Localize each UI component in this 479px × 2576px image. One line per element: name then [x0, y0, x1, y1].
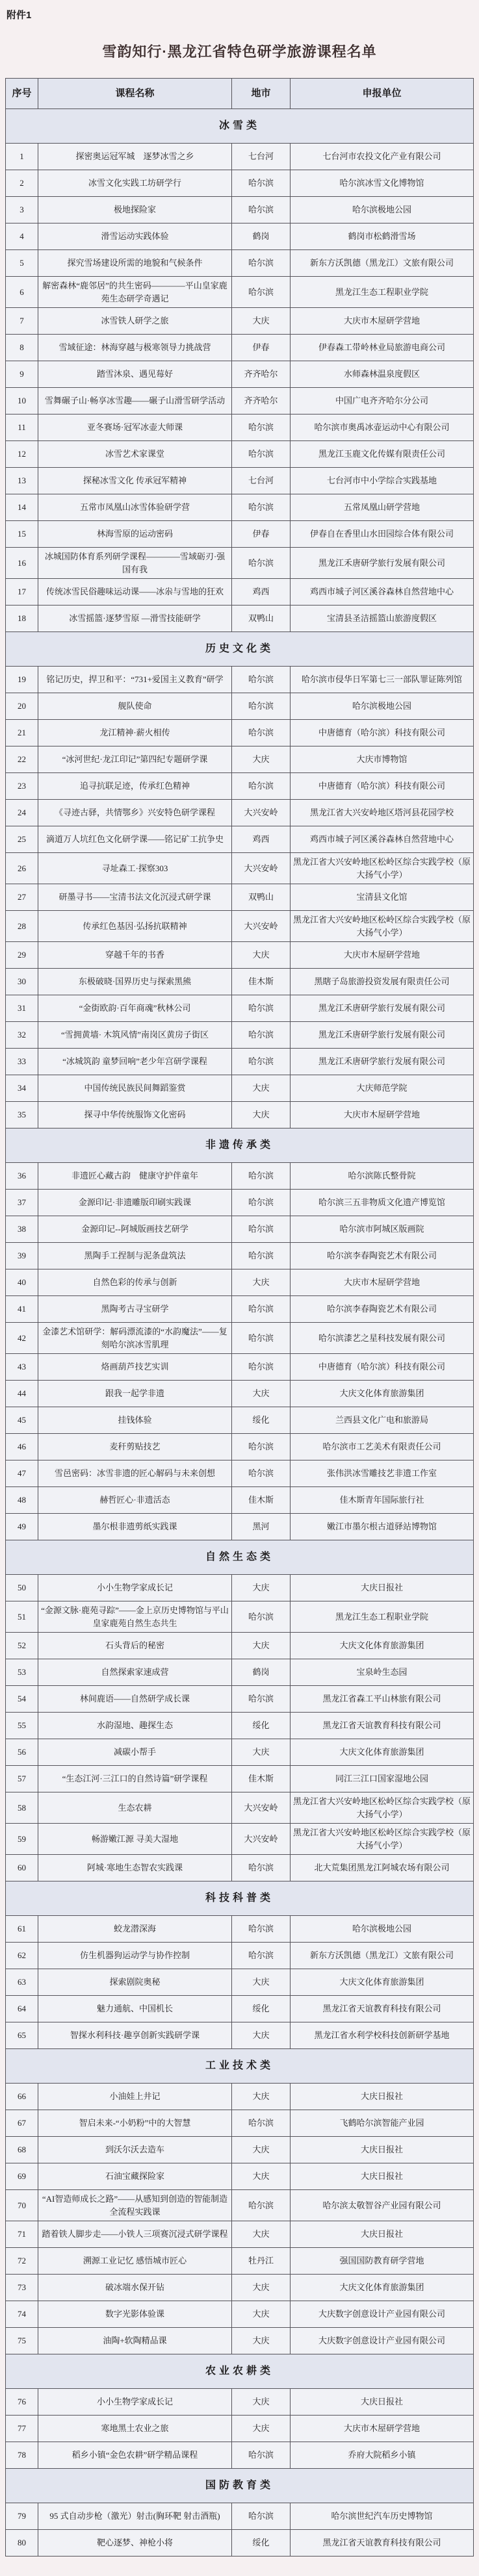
row-index-cell: 20	[6, 693, 38, 720]
city-cell: 佳木斯	[232, 1766, 291, 1792]
org-cell: 哈尔滨李春陶瓷艺术有限公司	[291, 1296, 474, 1323]
row-index-cell: 51	[6, 1601, 38, 1633]
table-row: 66小油娃上井记大庆大庆日报社	[6, 2084, 474, 2110]
org-cell: 哈尔滨冰雪文化博物馆	[291, 170, 474, 197]
row-index-cell: 1	[6, 144, 38, 170]
category-label: 冰雪类	[6, 109, 474, 144]
course-name-cell: 寻址森工·探察303	[38, 853, 232, 884]
table-row: 6解密森林“鹿邻居”的共生密码————平山皇家鹿苑生态研学奇遇记哈尔滨黑龙江生态…	[6, 277, 474, 308]
course-name-cell: 墨尔根非遗剪纸实践课	[38, 1514, 232, 1540]
row-index-cell: 55	[6, 1713, 38, 1739]
row-index-cell: 27	[6, 884, 38, 911]
course-name-cell: 踏雪沐泉、遇见莓好	[38, 361, 232, 388]
org-cell: 大庆日报社	[291, 2137, 474, 2163]
course-name-cell: 探索剧院奥秘	[38, 1969, 232, 1996]
course-name-cell: 智启未来-“小奶粉”中的大智慧	[38, 2110, 232, 2137]
city-cell: 哈尔滨	[232, 1296, 291, 1323]
table-row: 25滴道万人坑红色文化研学课——铭记矿工抗争史鸡西鸡西市城子河区溪谷森林自然营地…	[6, 826, 474, 853]
row-index-cell: 62	[6, 1943, 38, 1969]
table-row: 24《寻迹古驿，共情鄂乡》兴安特色研学课程大兴安岭黑龙江省大兴安岭地区塔河县花园…	[6, 800, 474, 826]
course-name-cell: 林海雪原的运动密码	[38, 521, 232, 548]
city-cell: 哈尔滨	[232, 548, 291, 579]
course-name-cell: 传统冰雪民俗趣味运动课——冰尜与雪地的狂欢	[38, 579, 232, 606]
org-cell: 黑龙江省大兴安岭地区松岭区综合实践学校（原大扬气小学）	[291, 1824, 474, 1855]
city-cell: 哈尔滨	[232, 414, 291, 441]
course-name-cell: 麦秆剪贴技艺	[38, 1434, 232, 1460]
course-name-cell: 研墨寻书——宝清书法文化沉浸式研学课	[38, 884, 232, 911]
table-row: 35探寻中华传统服饰文化密码大庆大庆市木屋研学营地	[6, 1102, 474, 1129]
course-name-cell: 冰雪艺术家课堂	[38, 441, 232, 468]
city-cell: 绥化	[232, 1713, 291, 1739]
org-cell: 新东方沃凯德（黑龙江）文旅有限公司	[291, 250, 474, 277]
course-name-cell: 石油宝藏探险家	[38, 2163, 232, 2190]
org-cell: 佳木斯青年国际旅行社	[291, 1487, 474, 1514]
city-cell: 哈尔滨	[232, 1190, 291, 1216]
course-name-cell: 仿生机器狗运动学与协作控制	[38, 1943, 232, 1969]
org-cell: 黑龙江省天谊教育科技有限公司	[291, 1996, 474, 2022]
table-row: 17传统冰雪民俗趣味运动课——冰尜与雪地的狂欢鸡西鸡西市城子河区溪谷森林自然营地…	[6, 579, 474, 606]
category-label: 工业技术类	[6, 2049, 474, 2084]
org-cell: 黑龙江省大兴安岭地区松岭区综合实践学校（原大扬气小学）	[291, 1792, 474, 1824]
table-row: 70“AI智造师成长之路”——从感知到创造的智能制造全流程实践课哈尔滨哈尔滨太敬…	[6, 2190, 474, 2221]
category-label: 自然生态类	[6, 1540, 474, 1575]
org-cell: 中唐德育（哈尔滨）科技有限公司	[291, 773, 474, 800]
table-row: 42金漆艺术馆研学：解码漂流漆的“水韵魔法”——复刻哈尔滨冰雪肌理哈尔滨哈尔滨漆…	[6, 1323, 474, 1354]
city-cell: 黑河	[232, 1514, 291, 1540]
org-cell: 大庆日报社	[291, 2221, 474, 2248]
city-cell: 哈尔滨	[232, 1601, 291, 1633]
row-index-cell: 8	[6, 335, 38, 361]
course-name-cell: 到沃尔沃去造车	[38, 2137, 232, 2163]
city-cell: 哈尔滨	[232, 2442, 291, 2469]
header-row: 序号 课程名称 地市 申报单位	[6, 79, 474, 109]
city-cell: 大庆	[232, 2221, 291, 2248]
course-name-cell: 挂钱体验	[38, 1407, 232, 1434]
row-index-cell: 22	[6, 746, 38, 773]
row-index-cell: 31	[6, 995, 38, 1022]
course-name-cell: 滑雪运动实践体验	[38, 223, 232, 250]
city-cell: 大庆	[232, 2389, 291, 2416]
course-name-cell: 滴道万人坑红色文化研学课——铭记矿工抗争史	[38, 826, 232, 853]
row-index-cell: 80	[6, 2530, 38, 2557]
city-cell: 哈尔滨	[232, 995, 291, 1022]
city-cell: 大庆	[232, 1269, 291, 1296]
course-name-cell: 非遗匠心藏古韵 健康守护伴童年	[38, 1163, 232, 1190]
city-cell: 哈尔滨	[232, 170, 291, 197]
category-row: 自然生态类	[6, 1540, 474, 1575]
city-cell: 哈尔滨	[232, 1323, 291, 1354]
org-cell: 黑龙江禾唐研学旅行发展有限公司	[291, 548, 474, 579]
org-cell: 宝清县圣洁摇篮山旅游度假区	[291, 606, 474, 632]
org-cell: 大庆文化体育旅游集团	[291, 1633, 474, 1659]
row-index-cell: 69	[6, 2163, 38, 2190]
course-name-cell: 探秘冰雪文化 传承冠军精神	[38, 468, 232, 494]
table-row: 9踏雪沐泉、遇见莓好齐齐哈尔水师森林温泉度假区	[6, 361, 474, 388]
course-name-cell: 石头背后的秘密	[38, 1633, 232, 1659]
row-index-cell: 17	[6, 579, 38, 606]
table-row: 38金源印记--阿城版画技艺研学哈尔滨哈尔滨市阿城区版画院	[6, 1216, 474, 1243]
course-table: 序号 课程名称 地市 申报单位 冰雪类1探密奥运冠军城 逐梦冰雪之乡七台河七台河…	[5, 78, 474, 2557]
org-cell: 大庆日报社	[291, 2084, 474, 2110]
course-name-cell: 《寻迹古驿，共情鄂乡》兴安特色研学课程	[38, 800, 232, 826]
course-name-cell: 畅游嫩江源 寻美大湿地	[38, 1824, 232, 1855]
row-index-cell: 75	[6, 2328, 38, 2354]
table-row: 13探秘冰雪文化 传承冠军精神七台河七台河市中小学综合实践基地	[6, 468, 474, 494]
table-row: 80靶心逐梦、神枪小将绥化黑龙江省天谊教育科技有限公司	[6, 2530, 474, 2557]
row-index-cell: 50	[6, 1575, 38, 1601]
org-cell: 哈尔滨世纪汽车历史博物馆	[291, 2503, 474, 2530]
city-cell: 大庆	[232, 1969, 291, 1996]
row-index-cell: 52	[6, 1633, 38, 1659]
city-cell: 双鸭山	[232, 884, 291, 911]
category-row: 非遗传承类	[6, 1129, 474, 1163]
category-label: 历史文化类	[6, 632, 474, 667]
table-row: 37金源印记·非遗雕版印刷实践课哈尔滨哈尔滨三五非物质文化遗产博览馆	[6, 1190, 474, 1216]
city-cell: 哈尔滨	[232, 1686, 291, 1713]
course-name-cell: 冰城国防体育系列研学课程————雪域砺刃·强国有我	[38, 548, 232, 579]
city-cell: 哈尔滨	[232, 1049, 291, 1075]
category-row: 科技科普类	[6, 1881, 474, 1916]
city-cell: 大庆	[232, 1075, 291, 1102]
org-cell: 七台河市中小学综合实践基地	[291, 468, 474, 494]
table-row: 18冰雪摇篮·逐梦雪原 —滑雪技能研学双鸭山宝清县圣洁摇篮山旅游度假区	[6, 606, 474, 632]
org-cell: 黑龙江省天谊教育科技有限公司	[291, 1713, 474, 1739]
org-cell: 鸡西市城子河区溪谷森林自然营地中心	[291, 826, 474, 853]
org-cell: 大庆日报社	[291, 2163, 474, 2190]
row-index-cell: 58	[6, 1792, 38, 1824]
row-index-cell: 40	[6, 1269, 38, 1296]
table-row: 59畅游嫩江源 寻美大湿地大兴安岭黑龙江省大兴安岭地区松岭区综合实践学校（原大扬…	[6, 1824, 474, 1855]
row-index-cell: 33	[6, 1049, 38, 1075]
city-cell: 绥化	[232, 1407, 291, 1434]
category-row: 农业农耕类	[6, 2354, 474, 2389]
city-cell: 伊春	[232, 335, 291, 361]
table-row: 74数字光影体验课大庆大庆数字创意设计产业园有限公司	[6, 2301, 474, 2328]
course-name-cell: 龙江精神·薪火相传	[38, 720, 232, 746]
row-index-cell: 39	[6, 1243, 38, 1269]
city-cell: 双鸭山	[232, 606, 291, 632]
org-cell: 大庆日报社	[291, 2389, 474, 2416]
table-row: 15林海雪原的运动密码伊春伊春自在香里山水田园综合体有限公司	[6, 521, 474, 548]
row-index-cell: 59	[6, 1824, 38, 1855]
row-index-cell: 63	[6, 1969, 38, 1996]
org-cell: 大庆市木屋研学营地	[291, 2416, 474, 2442]
table-row: 7995 式自动步枪（激光）射击(胸环靶 射击酒瓶)哈尔滨哈尔滨世纪汽车历史博物…	[6, 2503, 474, 2530]
course-name-cell: “AI智造师成长之路”——从感知到创造的智能制造全流程实践课	[38, 2190, 232, 2221]
city-cell: 大庆	[232, 2416, 291, 2442]
city-cell: 哈尔滨	[232, 1916, 291, 1943]
org-cell: 大庆文化体育旅游集团	[291, 1969, 474, 1996]
org-cell: 大庆日报社	[291, 1575, 474, 1601]
course-name-cell: 水韵湿地、趣探生态	[38, 1713, 232, 1739]
row-index-cell: 61	[6, 1916, 38, 1943]
org-cell: 嫩江市墨尔根古道驿站博物馆	[291, 1514, 474, 1540]
org-cell: 乔府大院稻乡小镇	[291, 2442, 474, 2469]
table-row: 64魅力通航、中国机长绥化黑龙江省天谊教育科技有限公司	[6, 1996, 474, 2022]
course-name-cell: 雪舞碾子山·畅享冰雪趣——碾子山滑雪研学活动	[38, 388, 232, 414]
table-row: 78稻乡小镇“金色农耕”研学精品课程哈尔滨乔府大院稻乡小镇	[6, 2442, 474, 2469]
city-cell: 大庆	[232, 1575, 291, 1601]
org-cell: 黑龙江省水利学校科技创新研学基地	[291, 2022, 474, 2049]
row-index-cell: 9	[6, 361, 38, 388]
org-cell: 哈尔滨市阿城区版画院	[291, 1216, 474, 1243]
table-row: 49墨尔根非遗剪纸实践课黑河嫩江市墨尔根古道驿站博物馆	[6, 1514, 474, 1540]
org-cell: 张伟洪冰雪雕技艺非遗工作室	[291, 1460, 474, 1487]
city-cell: 大庆	[232, 1381, 291, 1407]
course-name-cell: 稻乡小镇“金色农耕”研学精品课程	[38, 2442, 232, 2469]
city-cell: 哈尔滨	[232, 1022, 291, 1049]
table-row: 28传承红色基因·弘扬抗联精神大兴安岭黑龙江省大兴安岭地区松岭区综合实践学校（原…	[6, 911, 474, 942]
row-index-cell: 12	[6, 441, 38, 468]
course-name-cell: 溯源工业记忆 感悟城市匠心	[38, 2248, 232, 2275]
col-header-org: 申报单位	[291, 79, 474, 109]
course-name-cell: 金漆艺术馆研学：解码漂流漆的“水韵魔法”——复刻哈尔滨冰雪肌理	[38, 1323, 232, 1354]
course-name-cell: 油陶+软陶精品课	[38, 2328, 232, 2354]
row-index-cell: 44	[6, 1381, 38, 1407]
row-index-cell: 29	[6, 942, 38, 969]
org-cell: 大庆文化体育旅游集团	[291, 1739, 474, 1766]
course-name-cell: 冰雪文化实践工坊研学行	[38, 170, 232, 197]
city-cell: 哈尔滨	[232, 1354, 291, 1381]
row-index-cell: 4	[6, 223, 38, 250]
org-cell: 哈尔滨市工艺美术有限责任公司	[291, 1434, 474, 1460]
city-cell: 大庆	[232, 2084, 291, 2110]
row-index-cell: 13	[6, 468, 38, 494]
course-name-cell: 追寻抗联足迹，传承红色精神	[38, 773, 232, 800]
course-name-cell: 冰雪摇篮·逐梦雪原 —滑雪技能研学	[38, 606, 232, 632]
course-name-cell: 自然色彩的传承与创新	[38, 1269, 232, 1296]
city-cell: 大庆	[232, 308, 291, 335]
table-row: 75油陶+软陶精品课大庆大庆数字创意设计产业园有限公司	[6, 2328, 474, 2354]
col-header-course-name: 课程名称	[38, 79, 232, 109]
city-cell: 哈尔滨	[232, 2503, 291, 2530]
table-row: 53自然探索家速成营鹤岗宝泉岭生态园	[6, 1659, 474, 1686]
org-cell: 七台河市农投文化产业有限公司	[291, 144, 474, 170]
city-cell: 大兴安岭	[232, 853, 291, 884]
table-row: 50小小生物学家成长记大庆大庆日报社	[6, 1575, 474, 1601]
org-cell: 黑龙江省大兴安岭地区塔河县花园学校	[291, 800, 474, 826]
row-index-cell: 3	[6, 197, 38, 223]
table-row: 73破冰端水保开钻大庆大庆文化体育旅游集团	[6, 2275, 474, 2301]
row-index-cell: 57	[6, 1766, 38, 1792]
course-name-cell: 小小生物学家成长记	[38, 2389, 232, 2416]
row-index-cell: 30	[6, 969, 38, 995]
org-cell: 强国国防教育研学营地	[291, 2248, 474, 2275]
course-name-cell: 小小生物学家成长记	[38, 1575, 232, 1601]
category-label: 非遗传承类	[6, 1129, 474, 1163]
course-name-cell: 寒地黑土农业之旅	[38, 2416, 232, 2442]
table-row: 61蛟龙潜深海哈尔滨哈尔滨极地公园	[6, 1916, 474, 1943]
table-row: 34中国传统民族民间舞蹈鉴赏大庆大庆师范学院	[6, 1075, 474, 1102]
org-cell: 大庆文化体育旅游集团	[291, 1381, 474, 1407]
course-name-cell: 探密奥运冠军城 逐梦冰雪之乡	[38, 144, 232, 170]
row-index-cell: 64	[6, 1996, 38, 2022]
row-index-cell: 16	[6, 548, 38, 579]
org-cell: 五常凤凰山研学营地	[291, 494, 474, 521]
table-row: 62仿生机器狗运动学与协作控制哈尔滨新东方沃凯德（黑龙江）文旅有限公司	[6, 1943, 474, 1969]
course-name-cell: 破冰端水保开钻	[38, 2275, 232, 2301]
city-cell: 鸡西	[232, 579, 291, 606]
city-cell: 哈尔滨	[232, 1434, 291, 1460]
city-cell: 哈尔滨	[232, 2110, 291, 2137]
course-name-cell: 黑陶手工捏制与泥条盘筑法	[38, 1243, 232, 1269]
course-name-cell: 数字光影体验课	[38, 2301, 232, 2328]
city-cell: 佳木斯	[232, 969, 291, 995]
course-name-cell: 五常市凤凰山冰雪体验研学营	[38, 494, 232, 521]
table-row: 65智探水利科技·趣享创新实践研学课大庆黑龙江省水利学校科技创新研学基地	[6, 2022, 474, 2049]
course-name-cell: 穿越千年的书香	[38, 942, 232, 969]
row-index-cell: 73	[6, 2275, 38, 2301]
table-row: 55水韵湿地、趣探生态绥化黑龙江省天谊教育科技有限公司	[6, 1713, 474, 1739]
org-cell: 哈尔滨太敬智谷产业园有限公司	[291, 2190, 474, 2221]
category-label: 农业农耕类	[6, 2354, 474, 2389]
course-name-cell: 烙画葫芦技艺实训	[38, 1354, 232, 1381]
table-row: 46麦秆剪贴技艺哈尔滨哈尔滨市工艺美术有限责任公司	[6, 1434, 474, 1460]
course-name-cell: 蛟龙潜深海	[38, 1916, 232, 1943]
org-cell: 黑龙江生态工程职业学院	[291, 277, 474, 308]
course-name-cell: 雪域征途：林海穿越与极寒领导力挑战营	[38, 335, 232, 361]
org-cell: 黑龙江省大兴安岭地区松岭区综合实践学校（原大扬气小学）	[291, 911, 474, 942]
row-index-cell: 45	[6, 1407, 38, 1434]
course-name-cell: 减碳小帮手	[38, 1739, 232, 1766]
row-index-cell: 48	[6, 1487, 38, 1514]
city-cell: 大庆	[232, 746, 291, 773]
course-name-cell: 舰队使命	[38, 693, 232, 720]
city-cell: 绥化	[232, 1996, 291, 2022]
org-cell: 水师森林温泉度假区	[291, 361, 474, 388]
org-cell: 大庆市木屋研学营地	[291, 308, 474, 335]
org-cell: 黑龙江省天谊教育科技有限公司	[291, 2530, 474, 2557]
city-cell: 鹤岗	[232, 223, 291, 250]
row-index-cell: 11	[6, 414, 38, 441]
city-cell: 绥化	[232, 2530, 291, 2557]
table-row: 32“雪拥黄墙· 木筑风情”南岗区黄房子街区哈尔滨黑龙江禾唐研学旅行发展有限公司	[6, 1022, 474, 1049]
category-label: 国防教育类	[6, 2469, 474, 2503]
row-index-cell: 14	[6, 494, 38, 521]
city-cell: 哈尔滨	[232, 2190, 291, 2221]
table-row: 57“生态江河·三江口的自然诗篇”研学课程佳木斯同江三江口国家湿地公园	[6, 1766, 474, 1792]
table-row: 3极地探险家哈尔滨哈尔滨极地公园	[6, 197, 474, 223]
row-index-cell: 24	[6, 800, 38, 826]
table-row: 19铭记历史，捍卫和平：“731+爱国主义教育”研学哈尔滨哈尔滨市侵华日军第七三…	[6, 667, 474, 693]
course-name-cell: 极地探险家	[38, 197, 232, 223]
course-name-cell: 魅力通航、中国机长	[38, 1996, 232, 2022]
city-cell: 哈尔滨	[232, 494, 291, 521]
table-row: 72溯源工业记忆 感悟城市匠心牡丹江强国国防教育研学营地	[6, 2248, 474, 2275]
org-cell: 飞鹤哈尔滨智能产业园	[291, 2110, 474, 2137]
city-cell: 大庆	[232, 2022, 291, 2049]
course-name-cell: “金源文脉·鹿苑寻踪”——金上京历史博物馆与平山皇家鹿苑自然生态共生	[38, 1601, 232, 1633]
row-index-cell: 2	[6, 170, 38, 197]
city-cell: 伊春	[232, 521, 291, 548]
course-name-cell: 智探水利科技·趣享创新实践研学课	[38, 2022, 232, 2049]
org-cell: 黑龙江禾唐研学旅行发展有限公司	[291, 1022, 474, 1049]
row-index-cell: 36	[6, 1163, 38, 1190]
org-cell: 哈尔滨极地公园	[291, 1916, 474, 1943]
row-index-cell: 74	[6, 2301, 38, 2328]
org-cell: 黑龙江省大兴安岭地区松岭区综合实践学校（原大扬气小学）	[291, 853, 474, 884]
row-index-cell: 23	[6, 773, 38, 800]
table-row: 56减碳小帮手大庆大庆文化体育旅游集团	[6, 1739, 474, 1766]
org-cell: 黑龙江玉鹿文化传媒有限责任公司	[291, 441, 474, 468]
table-row: 39黑陶手工捏制与泥条盘筑法哈尔滨哈尔滨李春陶瓷艺术有限公司	[6, 1243, 474, 1269]
course-name-cell: 自然探索家速成营	[38, 1659, 232, 1686]
row-index-cell: 54	[6, 1686, 38, 1713]
city-cell: 哈尔滨	[232, 197, 291, 223]
org-cell: 大庆市木屋研学营地	[291, 942, 474, 969]
row-index-cell: 37	[6, 1190, 38, 1216]
col-header-city: 地市	[232, 79, 291, 109]
row-index-cell: 71	[6, 2221, 38, 2248]
city-cell: 牡丹江	[232, 2248, 291, 2275]
row-index-cell: 72	[6, 2248, 38, 2275]
city-cell: 大庆	[232, 2163, 291, 2190]
org-cell: 哈尔滨市奥禹冰壶运动中心有限公司	[291, 414, 474, 441]
col-header-index: 序号	[6, 79, 38, 109]
org-cell: 中唐德育（哈尔滨）科技有限公司	[291, 1354, 474, 1381]
city-cell: 七台河	[232, 144, 291, 170]
row-index-cell: 60	[6, 1855, 38, 1881]
org-cell: 哈尔滨三五非物质文化遗产博览馆	[291, 1190, 474, 1216]
table-row: 45挂钱体验绥化兰西县文化广电和旅游局	[6, 1407, 474, 1434]
row-index-cell: 77	[6, 2416, 38, 2442]
row-index-cell: 18	[6, 606, 38, 632]
city-cell: 哈尔滨	[232, 720, 291, 746]
course-name-cell: 解密森林“鹿邻居”的共生密码————平山皇家鹿苑生态研学奇遇记	[38, 277, 232, 308]
category-row: 冰雪类	[6, 109, 474, 144]
table-row: 1探密奥运冠军城 逐梦冰雪之乡七台河七台河市农投文化产业有限公司	[6, 144, 474, 170]
course-name-cell: 小油娃上井记	[38, 2084, 232, 2110]
course-name-cell: 生态农耕	[38, 1792, 232, 1824]
org-cell: 大庆数字创意设计产业园有限公司	[291, 2328, 474, 2354]
table-row: 52石头背后的秘密大庆大庆文化体育旅游集团	[6, 1633, 474, 1659]
course-name-cell: “生态江河·三江口的自然诗篇”研学课程	[38, 1766, 232, 1792]
course-name-cell: 靶心逐梦、神枪小将	[38, 2530, 232, 2557]
table-row: 51“金源文脉·鹿苑寻踪”——金上京历史博物馆与平山皇家鹿苑自然生态共生哈尔滨黑…	[6, 1601, 474, 1633]
row-index-cell: 78	[6, 2442, 38, 2469]
table-row: 31“金街欧韵·百年商魂”秋林公司哈尔滨黑龙江禾唐研学旅行发展有限公司	[6, 995, 474, 1022]
table-row: 30东极破晓·国界历史与探索黑熊佳木斯黑瞎子岛旅游投资发展有限责任公司	[6, 969, 474, 995]
course-name-cell: 林间鹿语——自然研学成长课	[38, 1686, 232, 1713]
city-cell: 大庆	[232, 2275, 291, 2301]
table-row: 33“冰城筑韵 童梦回响”老少年宫研学课程哈尔滨黑龙江禾唐研学旅行发展有限公司	[6, 1049, 474, 1075]
course-name-cell: 中国传统民族民间舞蹈鉴赏	[38, 1075, 232, 1102]
table-row: 36非遗匠心藏古韵 健康守护伴童年哈尔滨哈尔滨陈氏整骨院	[6, 1163, 474, 1190]
row-index-cell: 19	[6, 667, 38, 693]
course-name-cell: 探寻中华传统服饰文化密码	[38, 1102, 232, 1129]
row-index-cell: 47	[6, 1460, 38, 1487]
table-row: 54林间鹿语——自然研学成长课哈尔滨黑龙江省森工平山林旅有限公司	[6, 1686, 474, 1713]
row-index-cell: 6	[6, 277, 38, 308]
org-cell: 大庆师范学院	[291, 1075, 474, 1102]
org-cell: 哈尔滨市侵华日军第七三一部队罪证陈列馆	[291, 667, 474, 693]
org-cell: 哈尔滨极地公园	[291, 693, 474, 720]
org-cell: 哈尔滨极地公园	[291, 197, 474, 223]
course-name-cell: “雪拥黄墙· 木筑风情”南岗区黄房子街区	[38, 1022, 232, 1049]
org-cell: 黑瞎子岛旅游投资发展有限责任公司	[291, 969, 474, 995]
city-cell: 大兴安岭	[232, 1792, 291, 1824]
city-cell: 齐齐哈尔	[232, 361, 291, 388]
table-header: 序号 课程名称 地市 申报单位	[6, 79, 474, 109]
org-cell: 同江三江口国家湿地公园	[291, 1766, 474, 1792]
city-cell: 哈尔滨	[232, 1216, 291, 1243]
course-name-cell: 传承红色基因·弘扬抗联精神	[38, 911, 232, 942]
org-cell: 宝泉岭生态园	[291, 1659, 474, 1686]
org-cell: 大庆文化体育旅游集团	[291, 2275, 474, 2301]
city-cell: 哈尔滨	[232, 1855, 291, 1881]
city-cell: 大庆	[232, 942, 291, 969]
row-index-cell: 70	[6, 2190, 38, 2221]
